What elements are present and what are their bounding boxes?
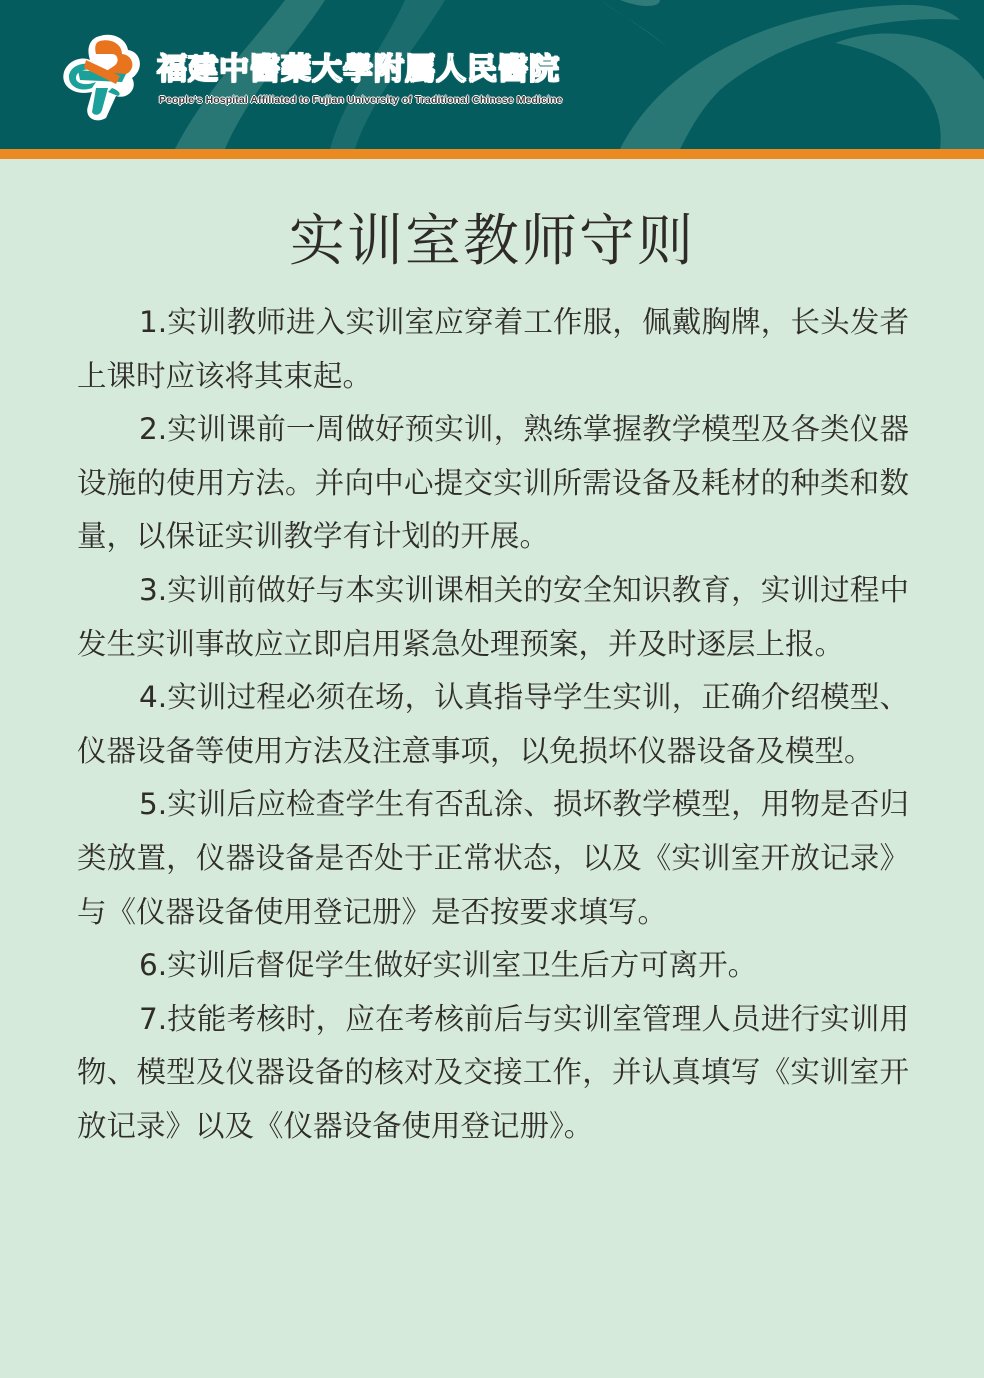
hospital-header-banner: 福建中醫藥大學附屬人民醫院 People's Hospital Affiliat…	[0, 0, 984, 149]
rule-item-1: 1.实训教师进入实训室应穿着工作服，佩戴胸牌，长头发者上课时应该将其束起。	[77, 296, 909, 403]
accent-divider	[0, 149, 984, 159]
rule-item-3: 3.实训前做好与本实训课相关的安全知识教育，实训过程中发生实训事故应立即启用紧急…	[77, 564, 909, 671]
hospital-name-chinese: 福建中醫藥大學附屬人民醫院	[157, 52, 560, 88]
rule-item-7: 7.技能考核时，应在考核前后与实训室管理人员进行实训用物、模型及仪器设备的核对及…	[77, 993, 909, 1154]
rule-item-5: 5.实训后应检查学生有否乱涂、损坏教学模型，用物是否归类放置，仪器设备是否处于正…	[77, 778, 909, 939]
rule-item-4: 4.实训过程必须在场，认真指导学生实训，正确介绍模型、仪器设备等使用方法及注意事…	[77, 671, 909, 778]
rule-item-2: 2.实训课前一周做好预实训，熟练掌握教学模型及各类仪器设施的使用方法。并向中心提…	[77, 403, 909, 564]
hospital-logo-icon	[56, 30, 144, 122]
page-title: 实训室教师守则	[0, 207, 984, 277]
hospital-name-english: People's Hospital Affiliated to Fujian U…	[159, 94, 562, 106]
rule-item-6: 6.实训后督促学生做好实训室卫生后方可离开。	[77, 939, 909, 993]
rules-list: 1.实训教师进入实训室应穿着工作服，佩戴胸牌，长头发者上课时应该将其束起。 2.…	[77, 296, 909, 1154]
